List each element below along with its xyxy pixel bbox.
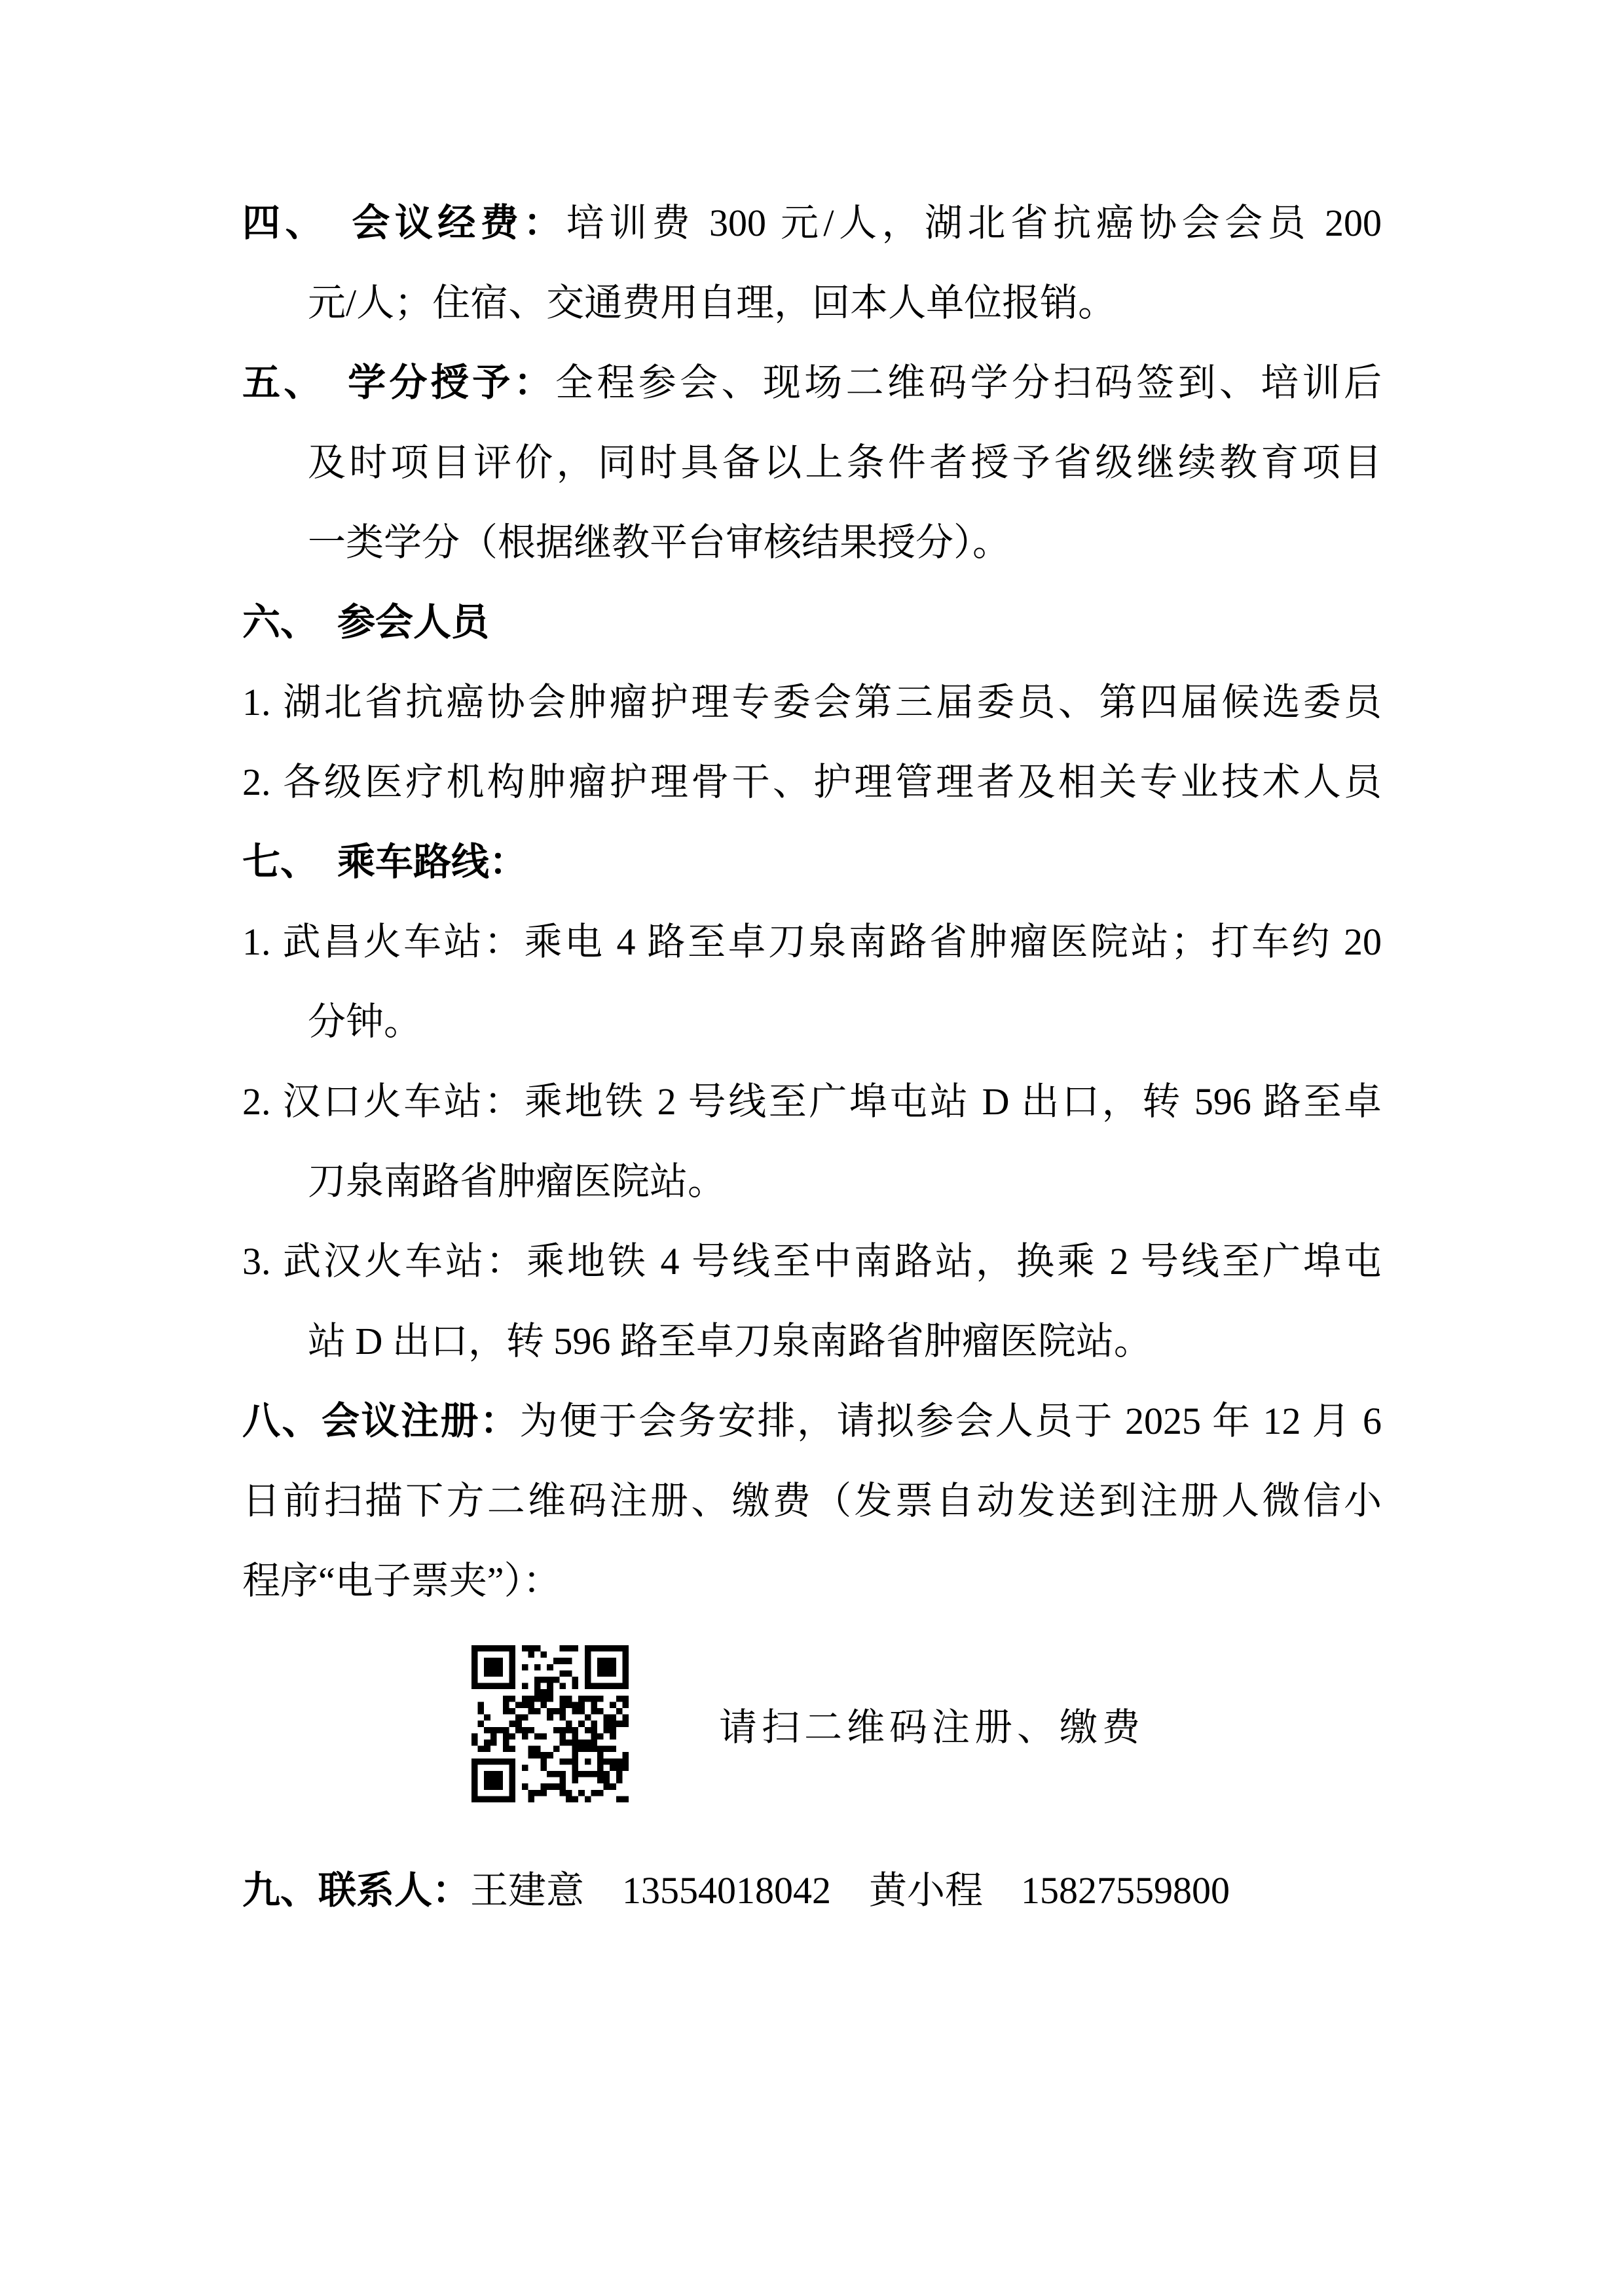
line-text: 全程参会、现场二维码学分扫码签到、培训后 xyxy=(555,361,1382,404)
section-heading: 六、 参会人员 xyxy=(242,601,489,644)
section-heading: 四、 会议经费： xyxy=(242,202,566,244)
text-line: 2. 各级医疗机构肿瘤护理骨干、护理管理者及相关专业技术人员 xyxy=(242,742,1382,822)
text-line: 2. 汉口火车站：乘地铁 2 号线至广埠屯站 D 出口，转 596 路至卓 xyxy=(242,1062,1382,1142)
line-text: 程序“电子票夹”）： xyxy=(242,1559,561,1602)
line-text: 1. 湖北省抗癌协会肿瘤护理专委会第三届委员、第四届候选委员 xyxy=(242,681,1382,723)
qr-section: 请扫二维码注册、缴费 xyxy=(242,1645,1382,1802)
line-text: 日前扫描下方二维码注册、缴费（发票自动发送到注册人微信小 xyxy=(242,1480,1382,1522)
document-content: 四、 会议经费：培训费 300 元/人，湖北省抗癌协会会员 200元/人；住宿、… xyxy=(242,183,1382,1931)
contact-text: 王建意 13554018042 黄小程 15827559800 xyxy=(470,1869,1230,1912)
document-lines: 四、 会议经费：培训费 300 元/人，湖北省抗癌协会会员 200元/人；住宿、… xyxy=(242,183,1382,1621)
text-line: 刀泉南路省肿瘤医院站。 xyxy=(242,1142,1382,1222)
line-text: 元/人；住宿、交通费用自理，回本人单位报销。 xyxy=(308,282,1116,324)
qr-instruction: 请扫二维码注册、缴费 xyxy=(719,1696,1145,1751)
text-line: 1. 湖北省抗癌协会肿瘤护理专委会第三届委员、第四届候选委员 xyxy=(242,663,1382,742)
line-text: 及时项目评价，同时具备以上条件者授予省级继续教育项目 xyxy=(308,441,1382,484)
section-line: 七、 乘车路线： xyxy=(242,822,1382,902)
text-line: 站 D 出口，转 596 路至卓刀泉南路省肿瘤医院站。 xyxy=(242,1302,1382,1381)
line-text: 刀泉南路省肿瘤医院站。 xyxy=(308,1160,726,1203)
section-line: 六、 参会人员 xyxy=(242,583,1382,663)
section-heading: 五、 学分授予： xyxy=(242,361,555,404)
contact-line: 九、联系人：王建意 13554018042 黄小程 15827559800 xyxy=(242,1851,1382,1931)
qr-code-icon xyxy=(471,1645,629,1802)
line-text: 2. 汉口火车站：乘地铁 2 号线至广埠屯站 D 出口，转 596 路至卓 xyxy=(242,1080,1382,1123)
line-text: 分钟。 xyxy=(308,1000,422,1043)
line-text: 一类学分（根据继教平台审核结果授分）。 xyxy=(308,521,1010,564)
text-line: 元/人；住宿、交通费用自理，回本人单位报销。 xyxy=(242,263,1382,343)
line-text: 培训费 300 元/人，湖北省抗癌协会会员 200 xyxy=(566,202,1382,244)
text-line: 3. 武汉火车站：乘地铁 4 号线至中南路站，换乘 2 号线至广埠屯 xyxy=(242,1222,1382,1302)
document-page: 四、 会议经费：培训费 300 元/人，湖北省抗癌协会会员 200元/人；住宿、… xyxy=(0,0,1624,2296)
text-line: 分钟。 xyxy=(242,982,1382,1062)
line-text: 2. 各级医疗机构肿瘤护理骨干、护理管理者及相关专业技术人员 xyxy=(242,761,1382,803)
text-line: 程序“电子票夹”）： xyxy=(242,1541,1382,1621)
section-heading: 七、 乘车路线： xyxy=(242,841,527,883)
text-line: 及时项目评价，同时具备以上条件者授予省级继续教育项目 xyxy=(242,423,1382,503)
text-line: 日前扫描下方二维码注册、缴费（发票自动发送到注册人微信小 xyxy=(242,1461,1382,1541)
contact-heading: 九、联系人： xyxy=(242,1869,470,1912)
line-text: 1. 武昌火车站：乘电 4 路至卓刀泉南路省肿瘤医院站；打车约 20 xyxy=(242,920,1382,963)
text-line: 1. 武昌火车站：乘电 4 路至卓刀泉南路省肿瘤医院站；打车约 20 xyxy=(242,902,1382,982)
line-text: 站 D 出口，转 596 路至卓刀泉南路省肿瘤医院站。 xyxy=(308,1320,1152,1362)
section-line: 五、 学分授予：全程参会、现场二维码学分扫码签到、培训后 xyxy=(242,343,1382,423)
section-line: 八、会议注册：为便于会务安排，请拟参会人员于 2025 年 12 月 6 xyxy=(242,1381,1382,1461)
line-text: 为便于会务安排，请拟参会人员于 2025 年 12 月 6 xyxy=(520,1400,1382,1442)
text-line: 一类学分（根据继教平台审核结果授分）。 xyxy=(242,503,1382,583)
line-text: 3. 武汉火车站：乘地铁 4 号线至中南路站，换乘 2 号线至广埠屯 xyxy=(242,1240,1382,1283)
section-heading: 八、会议注册： xyxy=(242,1400,520,1442)
section-line: 四、 会议经费：培训费 300 元/人，湖北省抗癌协会会员 200 xyxy=(242,183,1382,263)
